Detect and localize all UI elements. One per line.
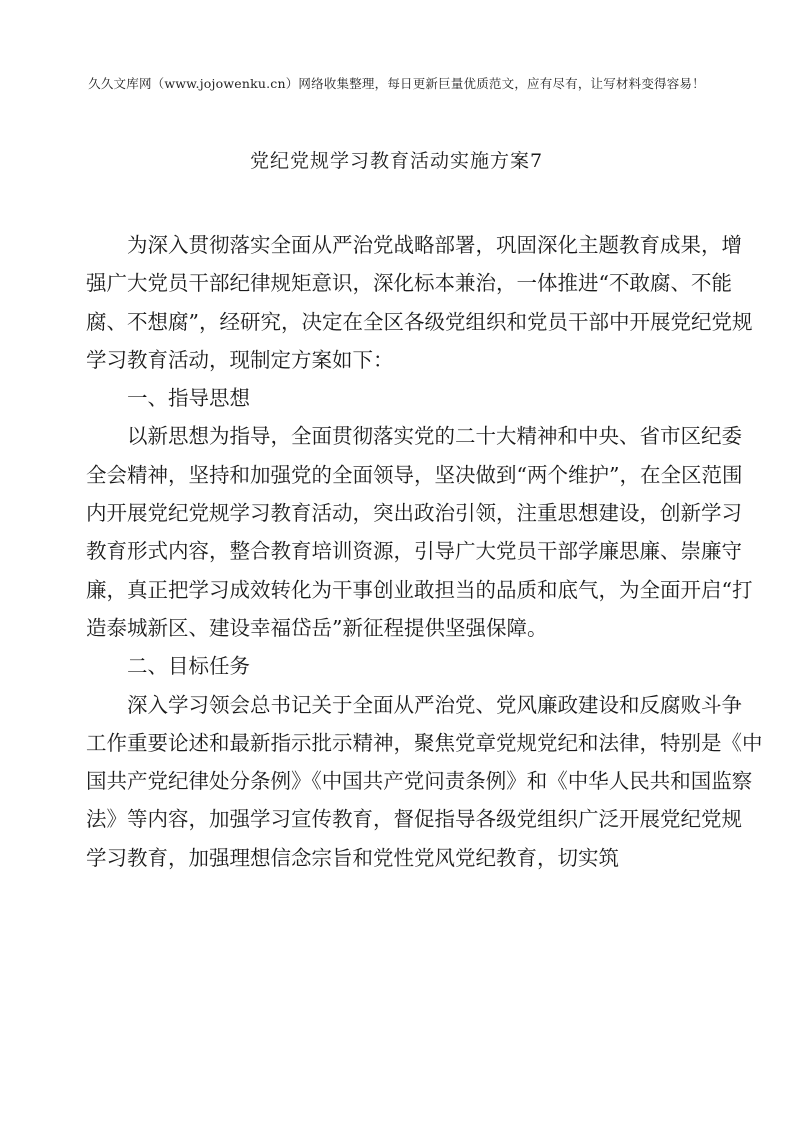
page-header-banner: 久久文库网（www.jojowenku.cn）网络收集整理，每日更新巨量优质范文… [0,74,793,92]
paragraph-guiding-line: 造泰城新区、建设幸福岱岳”新征程提供坚强保障。 [86,609,713,647]
paragraph-guiding-line: 以新思想为指导，全面贯彻落实党的二十大精神和中央、省市区纪委 [86,417,713,455]
paragraph-goals-line: 国共产党纪律处分条例》《中国共产党问责条例》和《中华人民共和国监察 [86,762,713,800]
paragraph-goals-line: 工作重要论述和最新指示批示精神，聚焦党章党规党纪和法律，特别是《中 [86,724,713,762]
paragraph-guiding-line: 全会精神，坚持和加强党的全面领导，坚决做到“两个维护”，在全区范围 [86,456,713,494]
paragraph-guiding-line: 教育形式内容，整合教育培训资源，引导广大党员干部学廉思廉、崇廉守 [86,532,713,570]
paragraph-guiding-line: 廉，真正把学习成效转化为干事创业敢担当的品质和底气，为全面开启“打 [86,571,713,609]
paragraph-intro-line: 为深入贯彻落实全面从严治党战略部署，巩固深化主题教育成果，增 [86,226,713,264]
paragraph-intro-line: 学习教育活动，现制定方案如下： [86,341,713,379]
paragraph-intro-line: 强广大党员干部纪律规矩意识，深化标本兼治，一体推进“不敢腐、不能 [86,264,713,302]
paragraph-goals-line: 法》等内容，加强学习宣传教育，督促指导各级党组织广泛开展党纪党规 [86,800,713,838]
paragraph-goals-line: 学习教育，加强理想信念宗旨和党性党风党纪教育，切实筑 [86,839,713,877]
paragraph-guiding-line: 内开展党纪党规学习教育活动，突出政治引领，注重思想建设，创新学习 [86,494,713,532]
document-title: 党纪党规学习教育活动实施方案7 [0,146,793,173]
paragraph-goals-line: 深入学习领会总书记关于全面从严治党、党风廉政建设和反腐败斗争 [86,686,713,724]
document-body: 为深入贯彻落实全面从严治党战略部署，巩固深化主题教育成果，增 强广大党员干部纪律… [86,226,713,877]
section-heading-goals-tasks: 二、目标任务 [86,647,713,685]
section-heading-guiding-ideology: 一、指导思想 [86,379,713,417]
paragraph-intro-line: 腐、不想腐”，经研究，决定在全区各级党组织和党员干部中开展党纪党规 [86,303,713,341]
